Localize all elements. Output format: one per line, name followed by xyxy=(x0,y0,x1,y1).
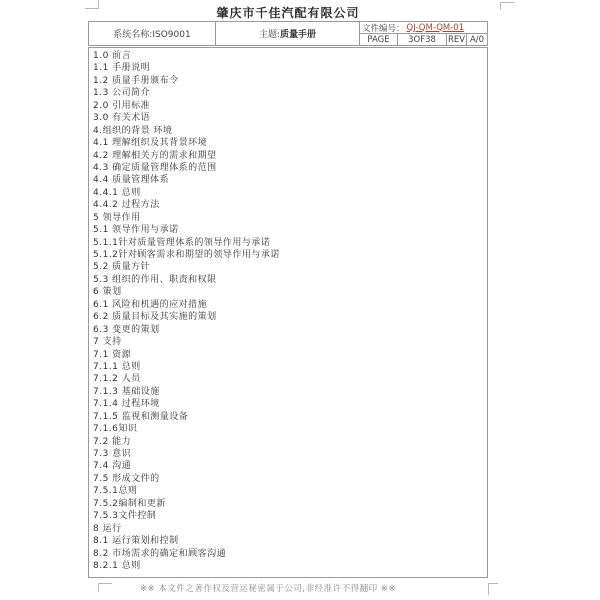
toc-entry: 7.1 资源 xyxy=(93,349,487,361)
toc-entry: 6 策划 xyxy=(93,286,487,298)
subject-value: 质量手册 xyxy=(280,27,316,40)
toc-entry: 4.4 质量管理体系 xyxy=(93,174,487,186)
toc-entry: 6.2 质量目标及其实施的策划 xyxy=(93,311,487,323)
toc-entry: 4.3 确定质量管理体系的范围 xyxy=(93,162,487,174)
toc-entry: 8.2.1 总则 xyxy=(93,560,487,572)
page-label: PAGE xyxy=(360,34,398,45)
subject-cell: 主题:质量手册 xyxy=(216,22,360,45)
toc-entry: 7.3 意识 xyxy=(93,448,487,460)
system-name-cell: 系统名称:ISO9001 xyxy=(89,22,216,45)
document-page: 肇庆市千佳汽配有限公司 系统名称:ISO9001 主题:质量手册 文件编号： Q… xyxy=(0,0,600,600)
toc-entry: 7.1.3 基础设施 xyxy=(93,386,487,398)
toc-entry: 8.2 市场需求的确定和顾客沟通 xyxy=(93,548,487,560)
toc-entry: 5.2 质量方针 xyxy=(93,261,487,273)
crop-mark-bottom-right-icon xyxy=(488,583,498,595)
toc-entry: 4.2 理解相关方的需求和期望 xyxy=(93,150,487,162)
toc-entry: 1.0 前言 xyxy=(93,50,487,62)
toc-entry: 5 领导作用 xyxy=(93,212,487,224)
page-value: 3OF38 xyxy=(398,34,447,45)
page-rev-row: PAGE 3OF38 REV A/0 xyxy=(360,34,487,45)
toc-entry: 4.1 理解组织及其背景环境 xyxy=(93,137,487,149)
toc-entry: 5.3 组织的作用、职责和权限 xyxy=(93,274,487,286)
toc-entry: 7.5 形成文件的 xyxy=(93,473,487,485)
toc-entry: 6.1 风险和机遇的应对措施 xyxy=(93,299,487,311)
toc-entry: 5.1.1针对质量管理体系的领导作用与承诺 xyxy=(93,237,487,249)
toc-entry: 2.0 引用标准 xyxy=(93,100,487,112)
toc-entry: 7 支持 xyxy=(93,336,487,348)
toc-entry: 4.4.2 过程方法 xyxy=(93,199,487,211)
toc-entry: 1.3 公司简介 xyxy=(93,87,487,99)
toc-entry: 4.4.1 总则 xyxy=(93,187,487,199)
toc-entry: 7.5.1总则 xyxy=(93,485,487,497)
crop-mark-top-right-icon xyxy=(500,2,515,10)
toc-entry: 7.1.6知识 xyxy=(93,423,487,435)
toc-entry: 8 运行 xyxy=(93,523,487,535)
toc-entry: 3.0 有关术语 xyxy=(93,112,487,124)
toc-entry: 5.1.2针对顾客需求和期望的领导作用与承诺 xyxy=(93,249,487,261)
toc-entry: 7.1.5 监视和测量设备 xyxy=(93,411,487,423)
toc-entry: 7.5.3文件控制 xyxy=(93,510,487,522)
toc-entry: 7.1.1 总则 xyxy=(93,361,487,373)
footer-notice: ※※ 本文件之著作权及营运秘密属于公司,非经准许不得翻印 ※※ xyxy=(88,582,448,594)
doc-number-row: 文件编号： QJ-QM-QM-01 xyxy=(360,22,487,34)
toc-entry: 7.5.2编制和更新 xyxy=(93,498,487,510)
rev-value: A/0 xyxy=(467,34,487,45)
toc-list: 1.0 前言1.1 手册说明1.2 质量手册颁布令1.3 公司简介2.0 引用标… xyxy=(88,47,488,578)
toc-entry: 7.2 能力 xyxy=(93,436,487,448)
rev-label: REV xyxy=(447,34,467,45)
subject-label: 主题: xyxy=(259,27,280,40)
toc-entry: 4.组织的背景 环境 xyxy=(93,125,487,137)
toc-entry: 6.3 变更的策划 xyxy=(93,324,487,336)
toc-entry: 7.1.2 人员 xyxy=(93,373,487,385)
toc-entry: 7.4 沟通 xyxy=(93,460,487,472)
toc-entry: 1.1 手册说明 xyxy=(93,62,487,74)
toc-entry: 8.1 运行策划和控制 xyxy=(93,535,487,547)
toc-entry: 1.2 质量手册颁布令 xyxy=(93,75,487,87)
company-title: 肇庆市千佳汽配有限公司 xyxy=(88,4,488,21)
doc-number-label: 文件编号： xyxy=(362,22,405,34)
doc-info-cell: 文件编号： QJ-QM-QM-01 PAGE 3OF38 REV A/0 xyxy=(360,22,487,45)
toc-entry: 5.1 领导作用与承诺 xyxy=(93,224,487,236)
toc-entry: 7.1.4 过程环境 xyxy=(93,398,487,410)
header-table: 系统名称:ISO9001 主题:质量手册 文件编号： QJ-QM-QM-01 P… xyxy=(88,21,488,46)
doc-number-value: QJ-QM-QM-01 xyxy=(407,23,465,33)
